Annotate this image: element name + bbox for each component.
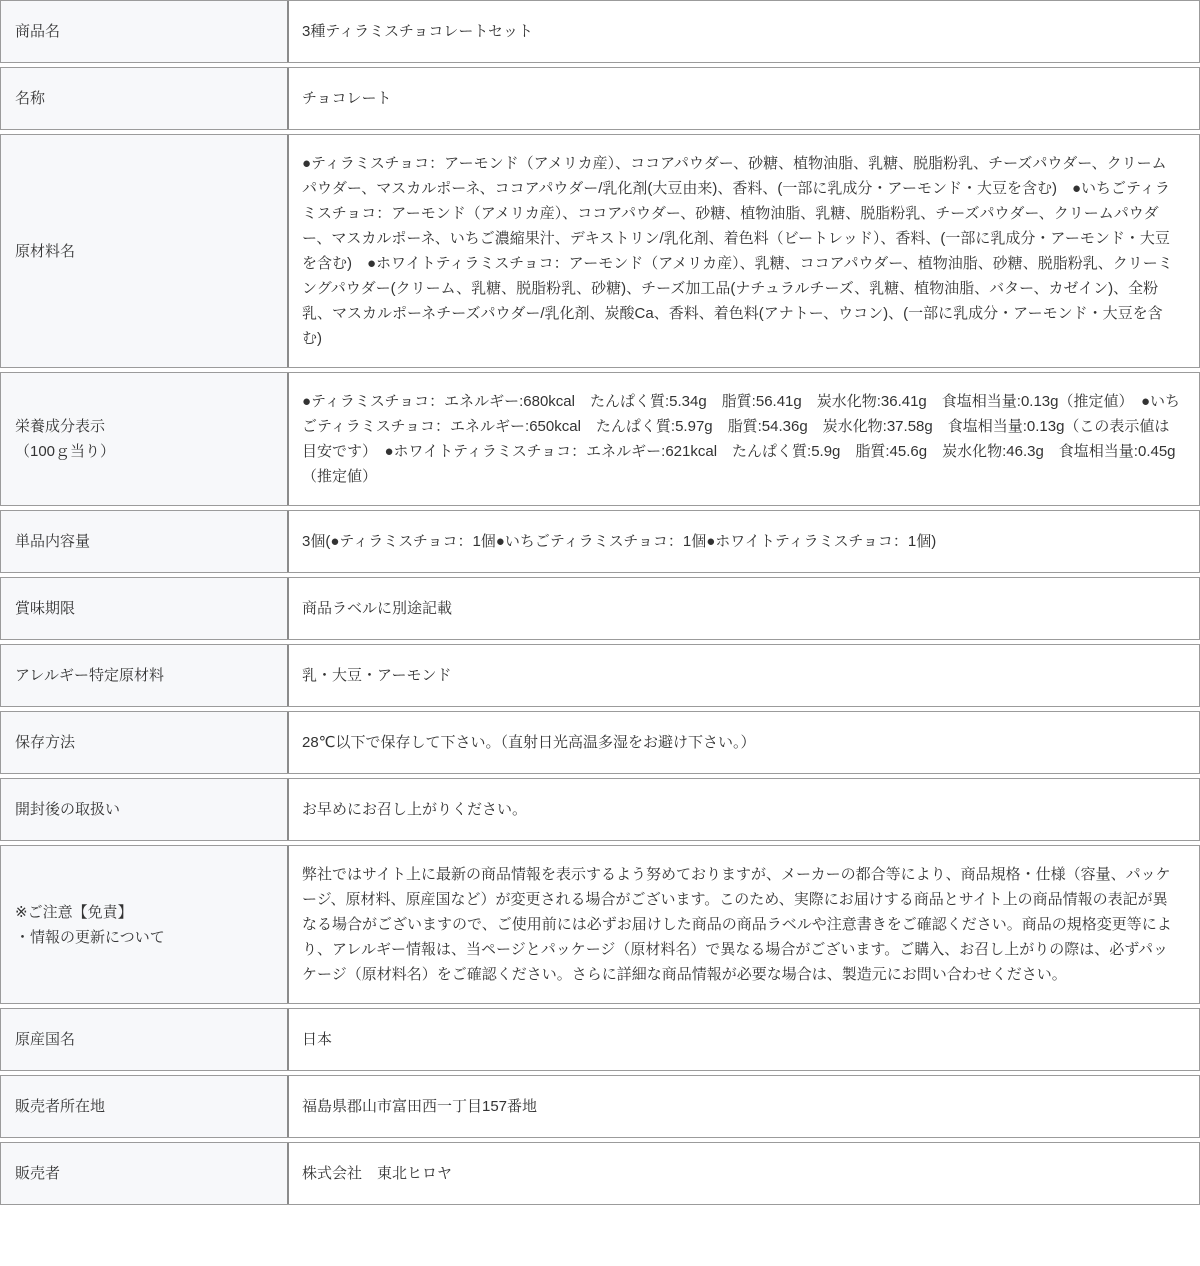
row-nutrition: 栄養成分表示 （100ｇ当り） ●ティラミスチョコ：エネルギー:680kcal …	[0, 372, 1200, 506]
value-text: ●ティラミスチョコ：エネルギー:680kcal たんぱく質:5.34g 脂質:5…	[302, 389, 1181, 489]
value-text: 3個(●ティラミスチョコ：1個●いちごティラミスチョコ：1個●ホワイトティラミス…	[302, 529, 936, 554]
row-storage: 保存方法 28℃以下で保存して下さい。（直射日光高温多湿をお避け下さい。）	[0, 711, 1200, 774]
row-seller-address: 販売者所在地 福島県郡山市富田西一丁目157番地	[0, 1075, 1200, 1138]
label-cell: 原産国名	[1, 1009, 289, 1070]
value-cell: 乳・大豆・アーモンド	[289, 645, 1199, 706]
row-ingredients: 原材料名 ●ティラミスチョコ：アーモンド（アメリカ産）、ココアパウダー、砂糖、植…	[0, 134, 1200, 368]
row-best-before: 賞味期限 商品ラベルに別途記載	[0, 577, 1200, 640]
value-cell: 福島県郡山市富田西一丁目157番地	[289, 1076, 1199, 1137]
row-name: 名称 チョコレート	[0, 67, 1200, 130]
row-country-of-origin: 原産国名 日本	[0, 1008, 1200, 1071]
value-text: 商品ラベルに別途記載	[302, 596, 452, 621]
label-cell: 原材料名	[1, 135, 289, 367]
label-cell: 販売者	[1, 1143, 289, 1204]
value-cell: ●ティラミスチョコ：アーモンド（アメリカ産）、ココアパウダー、砂糖、植物油脂、乳…	[289, 135, 1199, 367]
value-cell: 3種ティラミスチョコレートセット	[289, 1, 1199, 62]
label-cell: アレルギー特定原材料	[1, 645, 289, 706]
row-seller: 販売者 株式会社 東北ヒロヤ	[0, 1142, 1200, 1205]
value-cell: 28℃以下で保存して下さい。（直射日光高温多湿をお避け下さい。）	[289, 712, 1199, 773]
value-text: 福島県郡山市富田西一丁目157番地	[302, 1094, 537, 1119]
value-text: 3種ティラミスチョコレートセット	[302, 19, 533, 44]
value-text: お早めにお召し上がりください。	[302, 797, 527, 822]
value-text: チョコレート	[302, 86, 392, 111]
label-cell: 開封後の取扱い	[1, 779, 289, 840]
value-cell: 弊社ではサイト上に最新の商品情報を表示するよう努めておりますが、メーカーの都合等…	[289, 846, 1199, 1003]
value-text: 株式会社 東北ヒロヤ	[302, 1161, 452, 1186]
row-disclaimer: ※ご注意【免責】 ・情報の更新について 弊社ではサイト上に最新の商品情報を表示す…	[0, 845, 1200, 1004]
label-cell: 賞味期限	[1, 578, 289, 639]
label-cell: 販売者所在地	[1, 1076, 289, 1137]
value-text: 乳・大豆・アーモンド	[302, 663, 452, 688]
value-text: ●ティラミスチョコ：アーモンド（アメリカ産）、ココアパウダー、砂糖、植物油脂、乳…	[302, 151, 1181, 351]
value-cell: 商品ラベルに別途記載	[289, 578, 1199, 639]
value-cell: 3個(●ティラミスチョコ：1個●いちごティラミスチョコ：1個●ホワイトティラミス…	[289, 511, 1199, 572]
value-cell: 株式会社 東北ヒロヤ	[289, 1143, 1199, 1204]
label-cell: 単品内容量	[1, 511, 289, 572]
label-cell: 栄養成分表示 （100ｇ当り）	[1, 373, 289, 505]
product-info-table: 商品名 3種ティラミスチョコレートセット 名称 チョコレート 原材料名 ●ティラ…	[0, 0, 1200, 1205]
label-cell: ※ご注意【免責】 ・情報の更新について	[1, 846, 289, 1003]
value-text: 28℃以下で保存して下さい。（直射日光高温多湿をお避け下さい。）	[302, 730, 756, 755]
row-product-name: 商品名 3種ティラミスチョコレートセット	[0, 0, 1200, 63]
row-unit-content: 単品内容量 3個(●ティラミスチョコ：1個●いちごティラミスチョコ：1個●ホワイ…	[0, 510, 1200, 573]
value-cell: チョコレート	[289, 68, 1199, 129]
row-after-opening: 開封後の取扱い お早めにお召し上がりください。	[0, 778, 1200, 841]
value-text: 日本	[302, 1027, 332, 1052]
value-cell: 日本	[289, 1009, 1199, 1070]
value-cell: お早めにお召し上がりください。	[289, 779, 1199, 840]
row-allergens: アレルギー特定原材料 乳・大豆・アーモンド	[0, 644, 1200, 707]
label-cell: 保存方法	[1, 712, 289, 773]
label-cell: 商品名	[1, 1, 289, 62]
label-cell: 名称	[1, 68, 289, 129]
value-text: 弊社ではサイト上に最新の商品情報を表示するよう努めておりますが、メーカーの都合等…	[302, 862, 1181, 987]
value-cell: ●ティラミスチョコ：エネルギー:680kcal たんぱく質:5.34g 脂質:5…	[289, 373, 1199, 505]
